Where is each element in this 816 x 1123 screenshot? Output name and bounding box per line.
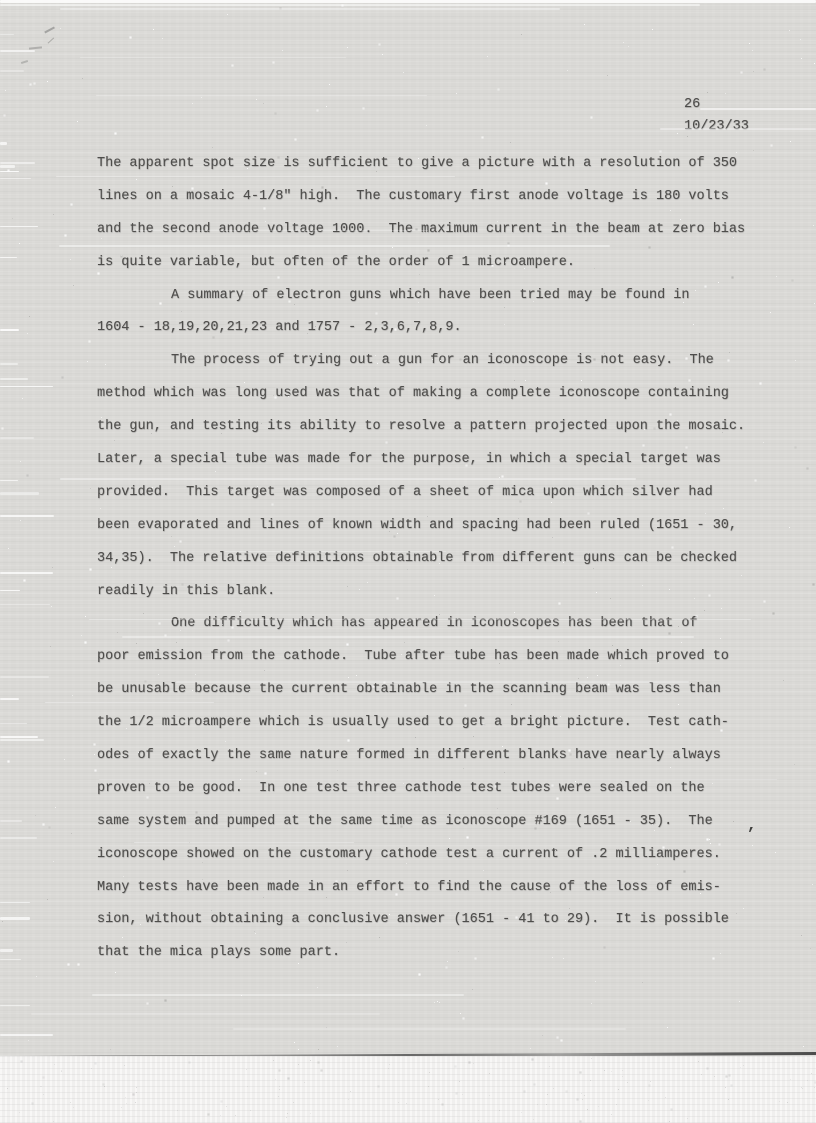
scan-streak [0, 902, 30, 903]
pencil-mark [48, 38, 55, 44]
scan-streak [0, 480, 18, 481]
scan-streak [0, 1034, 53, 1036]
text-line: One difficulty which has appeared in ico… [97, 608, 757, 641]
scan-streak [0, 492, 39, 495]
scan-streak [0, 226, 38, 228]
scan-streak [0, 0, 816, 3]
scan-streak [96, 95, 427, 96]
scan-streak [0, 837, 37, 839]
page-header: 26 10/23/33 [684, 94, 749, 138]
scan-streak [0, 162, 35, 165]
scan-streak [0, 572, 53, 574]
scan-streak [0, 959, 21, 960]
text-line: iconoscope showed on the customary catho… [97, 839, 757, 872]
text-line: 34,35). The relative definitions obtaina… [97, 543, 757, 576]
scan-streak [0, 329, 19, 332]
text-line: is quite variable, but often of the orde… [97, 247, 757, 280]
text-line: same system and pumped at the same time … [97, 806, 757, 839]
text-line: The apparent spot size is sufficient to … [97, 148, 757, 181]
page-number: 26 [684, 94, 749, 116]
text-line: and the second anode voltage 1000. The m… [97, 214, 757, 247]
text-line: odes of exactly the same nature formed i… [97, 740, 757, 773]
text-line: been evaporated and lines of known width… [97, 510, 757, 543]
text-line: poor emission from the cathode. Tube aft… [97, 641, 757, 674]
scan-streak [233, 1028, 626, 1029]
text-line: be unusable because the current obtainab… [97, 674, 757, 707]
text-line: 1604 - 18,19,20,21,23 and 1757 - 2,3,6,7… [97, 312, 757, 345]
text-line: The process of trying out a gun for an i… [97, 345, 757, 378]
scan-streak [0, 386, 53, 387]
scan-streak [0, 165, 15, 168]
scan-streak [92, 994, 465, 996]
pencil-mark [29, 46, 42, 50]
white-speckle-noise [0, 0, 1, 1]
scan-streak [0, 736, 38, 738]
scan-streak [0, 604, 50, 605]
scan-streak [0, 917, 30, 920]
text-line: Later, a special tube was made for the p… [97, 444, 757, 477]
scan-streak [0, 34, 14, 36]
page-date: 10/23/33 [684, 116, 749, 138]
scan-streak [80, 57, 345, 58]
text-line: that the mica plays some part. [97, 937, 757, 970]
scanner-bed [0, 1056, 816, 1123]
text-line: sion, without obtaining a conclusive ans… [97, 904, 757, 937]
text-line: A summary of electron guns which have be… [97, 280, 757, 313]
text-line: method which was long used was that of m… [97, 378, 757, 411]
text-line: the 1/2 microampere which is usually use… [97, 707, 757, 740]
pencil-mark [44, 27, 54, 34]
scanned-page: 26 10/23/33 The apparent spot size is su… [0, 0, 816, 1056]
scan-streak [0, 363, 18, 365]
scan-streak [0, 949, 13, 952]
scan-streak [0, 698, 19, 700]
scan-streak [0, 378, 28, 381]
scan-streak [0, 178, 31, 179]
text-line: readily in this blank. [97, 576, 757, 609]
text-line: the gun, and testing its ability to reso… [97, 411, 757, 444]
scan-streak [0, 257, 17, 259]
text-line: provided. This target was composed of a … [97, 477, 757, 510]
text-line: lines on a mosaic 4-1/8" high. The custo… [97, 181, 757, 214]
scan-streak [0, 171, 19, 172]
bed-speckle-noise [0, 1056, 1, 1057]
scan-streak [0, 4, 700, 6]
scan-streak [0, 142, 7, 144]
scan-streak [0, 590, 20, 592]
scan-streak [0, 676, 49, 677]
dark-speckle-noise [0, 0, 1, 1]
scan-streak [31, 1013, 380, 1014]
stray-mark: , [747, 816, 757, 834]
scan-streak [0, 820, 22, 822]
scan-streak [0, 515, 54, 517]
scan-streak [0, 723, 27, 724]
pencil-mark [21, 60, 28, 64]
document-body: The apparent spot size is sufficient to … [97, 148, 757, 970]
scan-streak [0, 50, 35, 53]
text-line: Many tests have been made in an effort t… [97, 872, 757, 905]
scan-streak [0, 1005, 30, 1006]
text-line: proven to be good. In one test three cat… [97, 773, 757, 806]
scan-streak [0, 739, 44, 741]
scan-streak [60, 8, 560, 10]
scan-streak [0, 70, 24, 72]
scan-streak [0, 437, 34, 440]
